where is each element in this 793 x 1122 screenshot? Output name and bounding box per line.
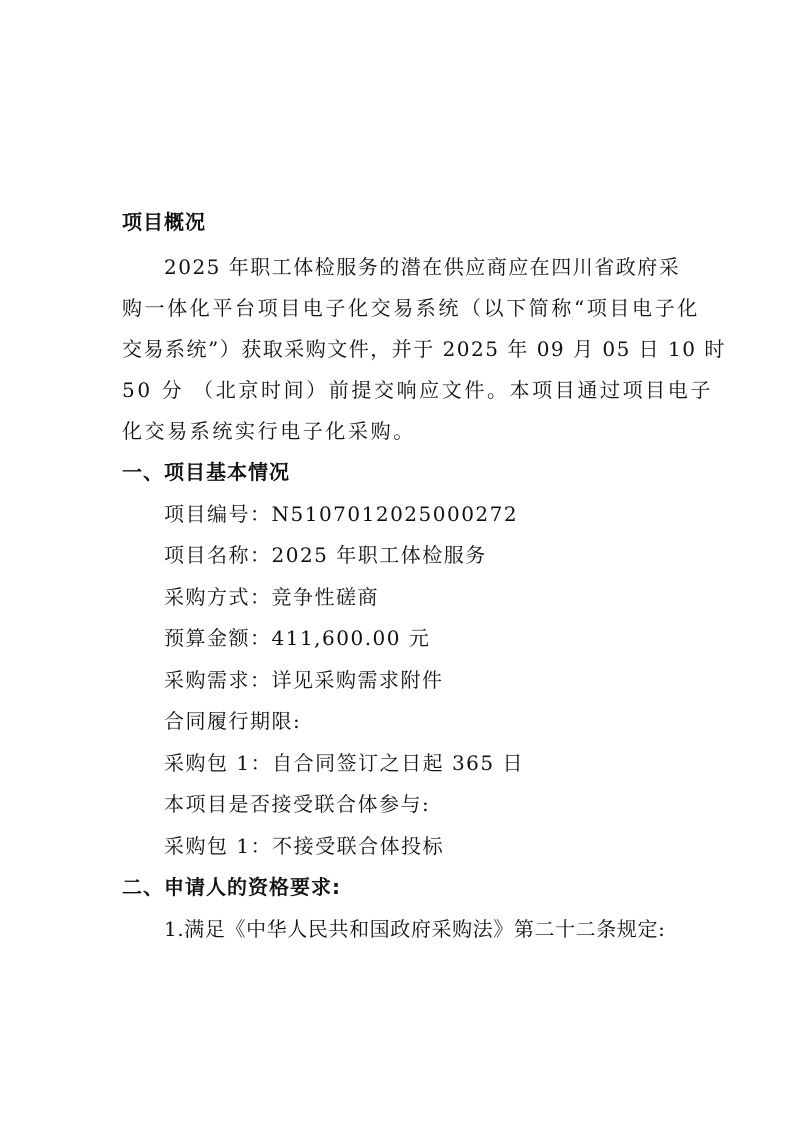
consortium-package1: 采购包 1：不接受联合体投标 bbox=[164, 832, 724, 860]
procurement-method: 采购方式：竞争性磋商 bbox=[164, 583, 724, 611]
paragraph-line: 化交易系统实行电子化采购。 bbox=[122, 417, 682, 445]
contract-period-package1: 采购包 1：自合同签订之日起 365 日 bbox=[164, 749, 724, 777]
budget-amount: 预算金额：411,600.00 元 bbox=[164, 624, 724, 652]
project-name: 项目名称：2025 年职工体检服务 bbox=[164, 541, 724, 569]
paragraph-line: 2025 年职工体检服务的潜在供应商应在四川省政府采 bbox=[164, 253, 724, 281]
section1-heading: 一、项目基本情况 bbox=[122, 458, 682, 486]
document-page: 项目概况 2025 年职工体检服务的潜在供应商应在四川省政府采 购一体化平台项目… bbox=[0, 0, 793, 1122]
paragraph-line: 购一体化平台项目电子化交易系统（以下简称“项目电子化 bbox=[122, 294, 682, 322]
qualification-item: 1.满足《中华人民共和国政府采购法》第二十二条规定: bbox=[164, 915, 724, 943]
overview-title: 项目概况 bbox=[122, 208, 682, 236]
section2-heading: 二、申请人的资格要求: bbox=[122, 873, 682, 901]
consortium-label: 本项目是否接受联合体参与: bbox=[164, 790, 724, 818]
contract-period-label: 合同履行期限: bbox=[164, 707, 724, 735]
project-number: 项目编号：N5107012025000272 bbox=[164, 500, 724, 528]
procurement-requirements: 采购需求：详见采购需求附件 bbox=[164, 666, 724, 694]
paragraph-line: 50 分 （北京时间）前提交响应文件。本项目通过项目电子 bbox=[122, 376, 682, 404]
paragraph-line: 交易系统”）获取采购文件，并于 2025 年 09 月 05 日 10 时 bbox=[122, 335, 682, 363]
